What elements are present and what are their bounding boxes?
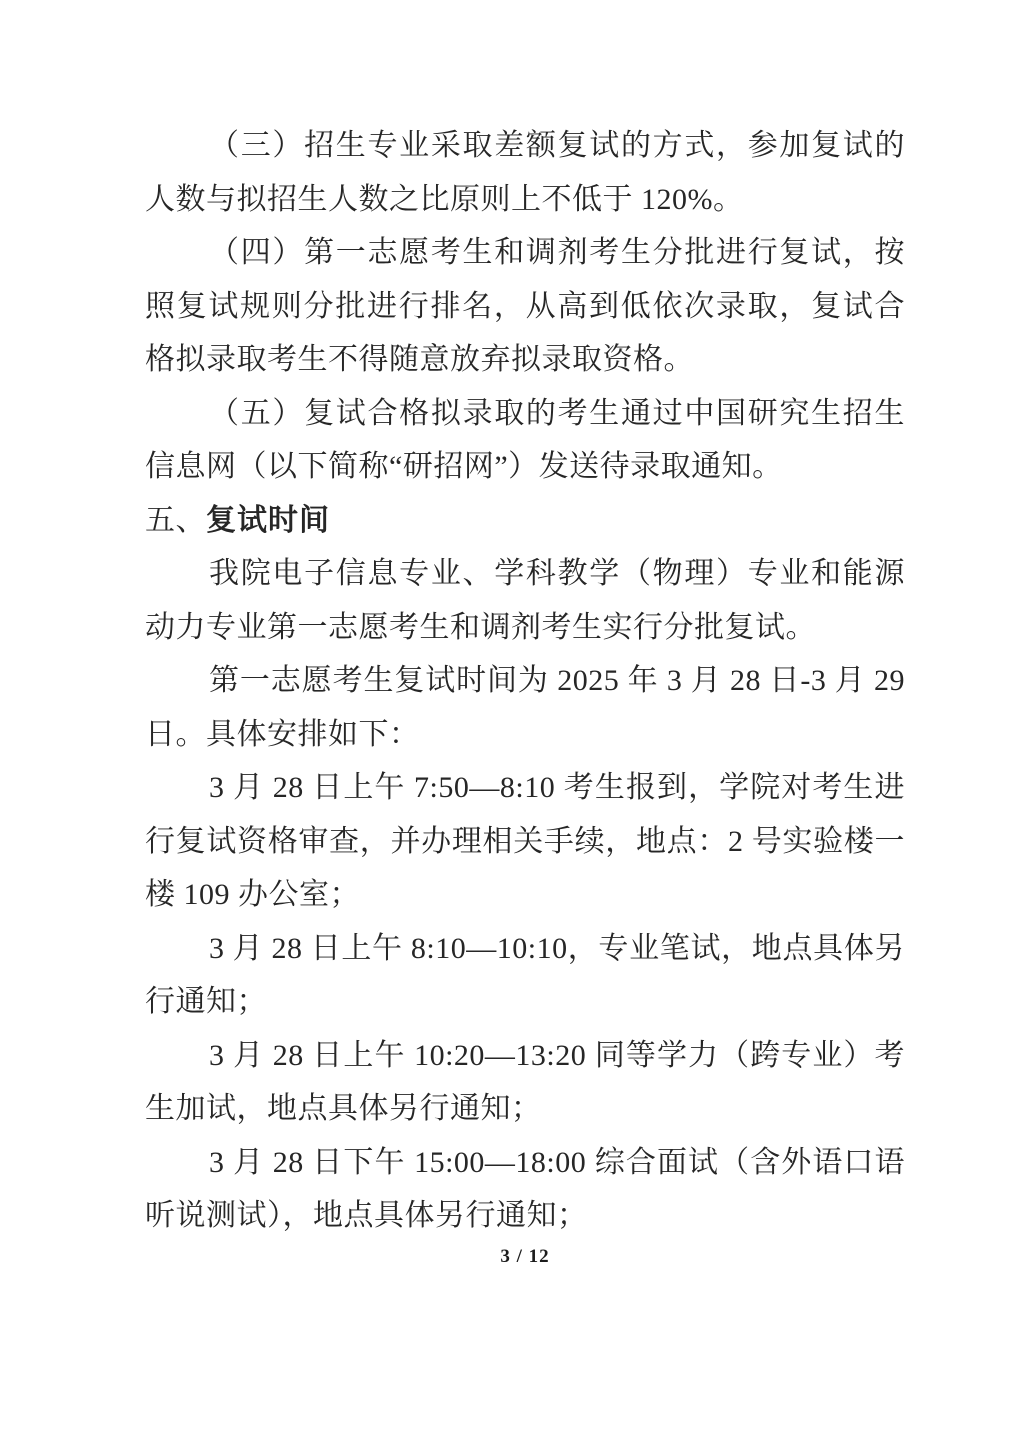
document-page: （三）招生专业采取差额复试的方式，参加复试的人数与拟招生人数之比原则上不低于 1…: [0, 0, 1024, 1448]
paragraph-item-3: （三）招生专业采取差额复试的方式，参加复试的人数与拟招生人数之比原则上不低于 1…: [145, 119, 905, 226]
paragraph-schedule-checkin: 3 月 28 日上午 7:50—8:10 考生报到，学院对考生进行复试资格审查，…: [145, 761, 905, 922]
section-heading-retest-time: 五、复试时间: [145, 494, 905, 548]
paragraph-item-5: （五）复试合格拟录取的考生通过中国研究生招生信息网（以下简称“研招网”）发送待录…: [145, 387, 905, 494]
paragraph-schedule-interview: 3 月 28 日下午 15:00—18:00 综合面试（含外语口语听说测试），地…: [145, 1136, 905, 1243]
document-body: （三）招生专业采取差额复试的方式，参加复试的人数与拟招生人数之比原则上不低于 1…: [145, 119, 905, 1243]
paragraph-retest-dates: 第一志愿考生复试时间为 2025 年 3 月 28 日-3 月 29 日。具体安…: [145, 654, 905, 761]
paragraph-schedule-extra-exam: 3 月 28 日上午 10:20—13:20 同等学力（跨专业）考生加试，地点具…: [145, 1029, 905, 1136]
paragraph-schedule-written-exam: 3 月 28 日上午 8:10—10:10，专业笔试，地点具体另行通知；: [145, 922, 905, 1029]
section-heading-number: 五、: [145, 504, 206, 537]
paragraph-batch-retest: 我院电子信息专业、学科教学（物理）专业和能源动力专业第一志愿考生和调剂考生实行分…: [145, 547, 905, 654]
section-heading-title: 复试时间: [206, 504, 330, 537]
page-number: 3 / 12: [145, 1246, 905, 1268]
paragraph-item-4: （四）第一志愿考生和调剂考生分批进行复试，按照复试规则分批进行排名，从高到低依次…: [145, 226, 905, 387]
